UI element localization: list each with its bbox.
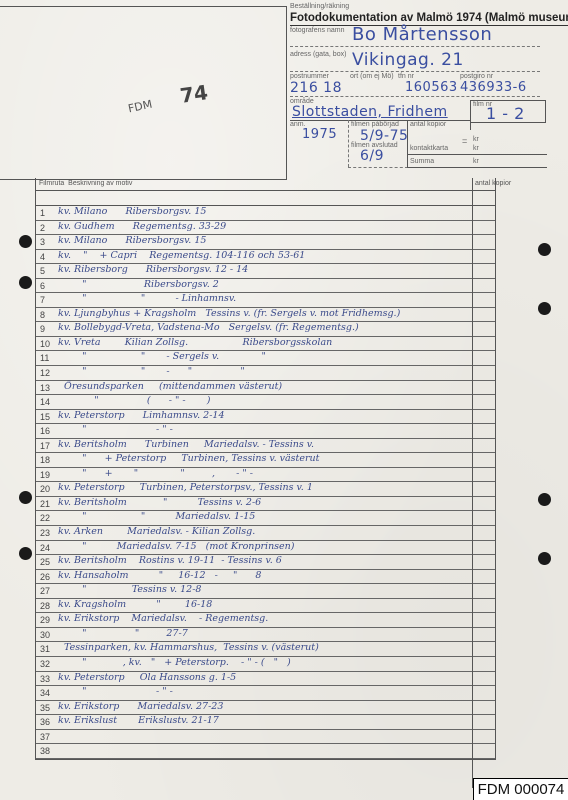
notes-box <box>0 6 287 180</box>
frame-number: 35 <box>40 703 50 713</box>
order-form: Beställning/räkning Fotodokumentation av… <box>290 0 568 178</box>
punch-hole <box>19 547 32 560</box>
motif-description: kv. Bollebygd-Vreta, Vadstena-Mo Sergels… <box>58 322 359 333</box>
table-blank-row <box>36 191 495 206</box>
finished-value: 6/9 <box>360 148 384 164</box>
table-row: 5kv. Ribersborg Ribersborgsv. 12 - 14 <box>36 264 495 279</box>
table-row: 38 <box>36 744 495 759</box>
motif-description: kv. Peterstorp Turbinen, Peterstorpsv., … <box>58 482 313 493</box>
sum-kr: kr <box>473 158 479 165</box>
film-value: 1 - 2 <box>486 104 525 123</box>
address-value: Vikingag. 21 <box>352 50 464 70</box>
table-row: 8kv. Ljungbyhus + Kragsholm Tessins v. (… <box>36 308 495 323</box>
table-row: 16 " - " - <box>36 424 495 439</box>
motif-description: kv. Milano Rib­ersborgsv. 15 <box>58 206 206 217</box>
table-row: 34 " - " - <box>36 686 495 701</box>
punch-hole <box>538 243 551 256</box>
frame-number: 30 <box>40 630 50 640</box>
motif-description: " , kv. " + Peterstorp. - " - ( " ) <box>58 657 291 668</box>
table-row: 26kv. Hansaholm " 16-12 - " 8 <box>36 570 495 585</box>
frame-number: 15 <box>40 412 50 422</box>
photographer-value: Bo Mårtensson <box>352 24 492 45</box>
header-copies: antal kopior <box>475 180 511 187</box>
motif-description: " " - Sergels v. " <box>58 351 266 362</box>
table-row: 15kv. Peterstorp Limhamnsv. 2-14 <box>36 410 495 425</box>
postcode-label: postnummer <box>290 73 329 80</box>
punch-hole <box>538 302 551 315</box>
postgiro-label: postgiro nr <box>460 73 493 80</box>
table-row: 25kv. Beritsholm Rostins v. 19-11 - Tess… <box>36 555 495 570</box>
archive-stamp-number: 74 <box>178 80 209 108</box>
archive-id-label: FDM 000074 <box>473 778 568 800</box>
frame-number: 31 <box>40 644 50 654</box>
frame-number: 10 <box>40 339 50 349</box>
table-row: 10kv. Vreta Kilian Zollsg. Ribersborgssk… <box>36 337 495 352</box>
table-row: 31 Tessinparken, kv. Hammarshus, Tessins… <box>36 642 495 657</box>
frame-number: 37 <box>40 732 50 742</box>
note-value: 1975 <box>302 127 337 142</box>
motif-description: kv. Hansaholm " 16-12 - " 8 <box>58 570 261 581</box>
motif-description: " " - Linhamnsv. <box>58 293 236 304</box>
motif-description: Tessinparken, kv. Hammarshus, Tessins v.… <box>58 642 319 653</box>
started-label: filmen påbörjad <box>351 121 399 128</box>
motif-description: " + Peterstorp Turbinen, Tessins v. väst… <box>58 453 319 464</box>
motif-description: kv. Gudhem Regementsg. 33-29 <box>58 221 226 232</box>
frame-number: 32 <box>40 659 50 669</box>
motif-description: " + " " , - " - <box>58 468 253 479</box>
frame-number: 7 <box>40 295 45 305</box>
frame-number: 9 <box>40 324 45 334</box>
frame-number: 3 <box>40 237 45 247</box>
motif-description: kv. Beritsholm Turbinen Mariedalsv. - Te… <box>58 439 314 450</box>
motif-description: kv. Erikstorp Mariedalsv. - Regementsg. <box>58 613 268 624</box>
frame-number: 24 <box>40 543 50 553</box>
frame-number: 28 <box>40 601 50 611</box>
frame-number: 25 <box>40 557 50 567</box>
table-row: 3kv. Milano Ribersborgsv. 15 <box>36 235 495 250</box>
sum-label: Summa <box>410 158 434 165</box>
motif-table: Filmruta Beskrivning av motiv antal kopi… <box>35 178 496 760</box>
photographer-label: fotografens namn <box>290 27 344 34</box>
left-rule <box>0 179 35 180</box>
frame-number: 6 <box>40 281 45 291</box>
frame-number: 19 <box>40 470 50 480</box>
phone-label: tfn nr <box>398 73 414 80</box>
postgiro-value: 436933-6 <box>460 80 527 95</box>
motif-description: " Ribersborgsv. 2 <box>58 279 219 290</box>
motif-description: " " - " " <box>58 366 245 377</box>
motif-description: kv. " + Capri Regementsg. 104-116 och 53… <box>58 250 305 261</box>
table-row: 24 " Mariedalsv. 7-15 (mot Kronprinsen) <box>36 541 495 556</box>
table-row: 28kv. Kragsholm " 16-18 <box>36 599 495 614</box>
motif-description: " Tessins v. 12-8 <box>58 584 201 595</box>
frame-number: 29 <box>40 615 50 625</box>
frame-number: 5 <box>40 266 45 276</box>
frame-number: 8 <box>40 310 45 320</box>
frame-number: 18 <box>40 455 50 465</box>
frame-number: 17 <box>40 441 50 451</box>
table-row: 1kv. Milano Rib­ersborgsv. 15 <box>36 206 495 221</box>
frame-number: 1 <box>40 208 45 218</box>
table-row: 35kv. Erikstorp Mariedalsv. 27-23 <box>36 701 495 716</box>
frame-number: 13 <box>40 383 50 393</box>
table-row: 12 " " - " " <box>36 366 495 381</box>
table-row: 29kv. Erikstorp Mariedalsv. - Regementsg… <box>36 613 495 628</box>
motif-description: kv. Erikstorp Mariedalsv. 27-23 <box>58 701 223 712</box>
frame-number: 22 <box>40 513 50 523</box>
table-row: 27 " Tessins v. 12-8 <box>36 584 495 599</box>
table-row: 30 " " 27-7 <box>36 628 495 643</box>
table-row: 18 " + Peterstorp Turbinen, Tessins v. v… <box>36 453 495 468</box>
motif-description: kv. Peterstorp Limhamnsv. 2-14 <box>58 410 225 421</box>
table-row: 23kv. Arken Mariedalsv. - Kilian Zollsg. <box>36 526 495 541</box>
address-label: adress (gata, box) <box>290 51 346 58</box>
table-row: 20kv. Peterstorp Turbinen, Peterstorpsv.… <box>36 482 495 497</box>
motif-description: kv. Beritsholm " Tessins v. 2-6 <box>58 497 261 508</box>
contact-label: kontaktkarta <box>410 145 448 152</box>
punch-hole <box>19 276 32 289</box>
table-row: 14 " ( - " - ) <box>36 395 495 410</box>
frame-number: 4 <box>40 252 45 262</box>
punch-hole <box>538 552 551 565</box>
motif-description: kv. Milano Ribersborgsv. 15 <box>58 235 206 246</box>
table-row: 37 <box>36 730 495 745</box>
table-body: 1kv. Milano Rib­ersborgsv. 152kv. Gudhem… <box>36 206 495 759</box>
table-row: 33kv. Peterstorp Ola Hanssons g. 1-5 <box>36 672 495 687</box>
table-row: 19 " + " " , - " - <box>36 468 495 483</box>
punch-hole <box>538 493 551 506</box>
motif-description: kv. Ljungbyhus + Kragsholm Tessins v. (f… <box>58 308 400 319</box>
frame-number: 14 <box>40 397 50 407</box>
motif-description: " " Mariedalsv. 1-15 <box>58 511 255 522</box>
copies-column-divider <box>472 178 473 788</box>
frame-number: 23 <box>40 528 50 538</box>
table-row: 21kv. Beritsholm " Tessins v. 2-6 <box>36 497 495 512</box>
motif-description: kv. Ribersborg Ribersborgsv. 12 - 14 <box>58 264 248 275</box>
motif-description: kv. Vreta Kilian Zollsg. Ribersborgsskol… <box>58 337 332 348</box>
city-label: ort (om ej Mö) <box>350 73 394 80</box>
table-header: Filmruta Beskrivning av motiv antal kopi… <box>36 178 495 191</box>
motif-description: kv. Arken Mariedalsv. - Kilian Zollsg. <box>58 526 255 537</box>
frame-number: 11 <box>40 353 49 363</box>
frame-number: 16 <box>40 426 50 436</box>
frame-number: 34 <box>40 688 50 698</box>
area-value: Slottstaden, Fridhem <box>292 104 448 120</box>
contact-kr: kr <box>473 145 479 152</box>
frame-number: 12 <box>40 368 50 378</box>
motif-description: Öresundsparken (mittendammen västerut) <box>58 381 282 392</box>
copies-label: antal kopior <box>410 121 446 128</box>
table-row: 17kv. Beritsholm Turbinen Mariedalsv. - … <box>36 439 495 454</box>
table-row: 7 " " - Linhamnsv. <box>36 293 495 308</box>
frame-number: 26 <box>40 572 50 582</box>
table-row: 11 " " - Sergels v. " <box>36 351 495 366</box>
motif-description: kv. Erikslust Erikslustv. 21-17 <box>58 715 219 726</box>
motif-description: kv. Beritsholm Rostins v. 19-11 - Tessin… <box>58 555 282 566</box>
frame-number: 21 <box>40 499 50 509</box>
frame-number: 38 <box>40 746 50 756</box>
frame-number: 33 <box>40 674 50 684</box>
table-row: 13 Öresundsparken (mittendammen västerut… <box>36 381 495 396</box>
motif-description: " - " - <box>58 686 173 697</box>
table-row: 2kv. Gudhem Regementsg. 33-29 <box>36 221 495 236</box>
table-row: 9kv. Bollebygd-Vreta, Vadstena-Mo Sergel… <box>36 322 495 337</box>
motif-description: " ( - " - ) <box>58 395 210 406</box>
frame-number: 2 <box>40 223 45 233</box>
punch-hole <box>19 491 32 504</box>
motif-description: kv. Kragsholm " 16-18 <box>58 599 212 610</box>
order-label: Beställning/räkning <box>290 3 349 10</box>
punch-hole <box>19 235 32 248</box>
motif-description: " - " - <box>58 424 173 435</box>
phone-value: 160563 <box>405 80 458 95</box>
postcode-value: 216 18 <box>290 80 342 96</box>
frame-number: 27 <box>40 586 50 596</box>
header-frame-desc: Filmruta Beskrivning av motiv <box>39 180 132 187</box>
frame-number: 20 <box>40 484 50 494</box>
motif-description: " Mariedalsv. 7-15 (mot Kronprinsen) <box>58 541 295 552</box>
equals-sign: = <box>462 136 467 146</box>
table-row: 36kv. Erikslust Erikslustv. 21-17 <box>36 715 495 730</box>
table-row: 22 " " Mariedalsv. 1-15 <box>36 511 495 526</box>
table-row: 32 " , kv. " + Peterstorp. - " - ( " ) <box>36 657 495 672</box>
copies-kr: kr <box>473 136 479 143</box>
frame-number: 36 <box>40 717 50 727</box>
table-row: 6 " Ribersborgsv. 2 <box>36 279 495 294</box>
motif-description: kv. Peterstorp Ola Hanssons g. 1-5 <box>58 672 236 683</box>
table-row: 4kv. " + Capri Regementsg. 104-116 och 5… <box>36 250 495 265</box>
motif-description: " " 27-7 <box>58 628 188 639</box>
